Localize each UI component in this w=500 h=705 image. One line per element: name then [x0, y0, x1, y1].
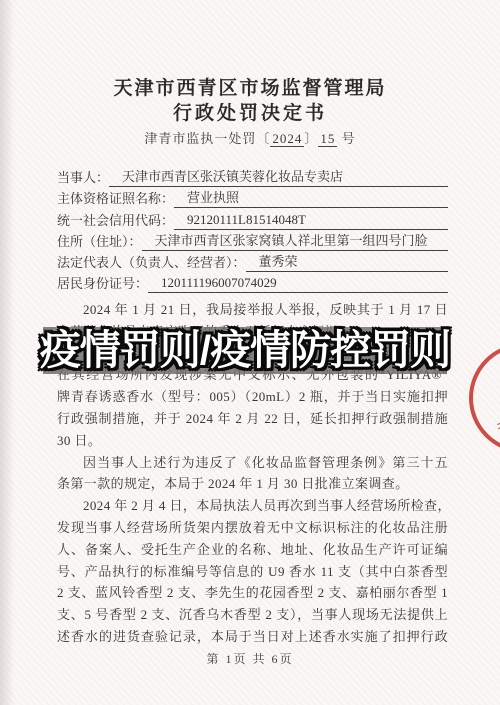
docnum-year: 2024 [270, 131, 304, 147]
body-line: 30 日。 [57, 430, 448, 452]
form-row-license-name: 主体资格证照名称： 营业执照 [57, 187, 448, 208]
watermark-text: 疫情罚则/疫情防控罚则 [36, 322, 454, 378]
body-line: 支、5 号香型 2 支、沉香乌木香型 2 支），当事人现场无法提供上 [57, 604, 448, 626]
body-line: 牌青春诱惑香水（型号：005）（20mL）2 瓶，并于当日实施扣押 [57, 386, 448, 408]
address-label: 住所（住址）： [57, 232, 142, 251]
body-line: 行政强制措施，并于 2024 年 2 月 22 日，延长扣押行政强制措施 [57, 408, 448, 430]
document-number: 津青市监执一处罚〔2024〕15 号 [0, 128, 500, 147]
license-name-label: 主体资格证照名称： [57, 189, 174, 208]
docnum-prefix: 津青市监执一处罚〔 [144, 131, 270, 146]
body-line: 因当事人上述行为违反了《化妆品监督管理条例》第三十五 [57, 452, 448, 474]
address-value: 天津市西青区张家窝镇人祥北里第一组四号门脸 [142, 231, 448, 251]
license-name-value: 营业执照 [174, 188, 448, 208]
body-line: 2 支、蓝风铃香型 2 支、李先生的花园香型 2 支、嘉柏丽尔香型 1 [57, 582, 448, 604]
id-number-value: 120111196007074029 [148, 273, 448, 293]
docnum-bracket: 〕 [304, 131, 318, 146]
docnum-serial: 15 [318, 131, 337, 147]
seal-text: 天津市西青区 [495, 350, 500, 438]
form-row-legal-rep: 法定代表人（负责人、经营者）： 董秀荣 [57, 251, 448, 272]
docnum-suffix: 号 [337, 131, 355, 146]
document-type-title: 行政处罚决定书 [0, 98, 500, 125]
svg-text:天津市西青区: 天津市西青区 [495, 350, 500, 438]
party-value: 天津市西青区张沃镇芙蓉化妆品专卖店 [109, 167, 448, 187]
official-seal-stamp: 天津市西青区 [428, 318, 500, 488]
seal-ring [471, 345, 500, 451]
legal-rep-label: 法定代表人（负责人、经营者）： [57, 253, 246, 272]
scanned-penalty-document: 天津市西青区市场监督管理局 行政处罚决定书 津青市监执一处罚〔2024〕15 号… [0, 0, 500, 705]
body-line: 述香水的进货查验记录，本局于当日对上述香水实施了扣押行政 [57, 626, 448, 648]
form-row-address: 住所（住址）： 天津市西青区张家窝镇人祥北里第一组四号门脸 [57, 230, 448, 251]
body-line: 条第一款的规定，本局于 2024 年 1 月 30 日批准立案调查。 [57, 473, 448, 495]
form-row-party: 当事人： 天津市西青区张沃镇芙蓉化妆品专卖店 [57, 166, 448, 187]
form-row-id-number: 居民身份证号： 120111196007074029 [57, 272, 448, 293]
body-line: 2024 年 2 月 4 日，本局执法人员再次到当事人经营场所检查， [57, 495, 448, 517]
page-number-footer: 第 1页 共 6页 [0, 650, 500, 667]
credit-code-value: 92120111L81514048T [174, 210, 448, 230]
body-line: 人、备案人、受托生产企业的名称、地址、化妆品生产许可证编 [57, 539, 448, 561]
body-line: 2024 年 1 月 21 日，我局接举报人举报，反映其于 1 月 17 日 [57, 299, 448, 321]
document-authority-title: 天津市西青区市场监督管理局 [0, 73, 500, 100]
form-row-credit-code: 统一社会信用代码： 92120111L81514048T [57, 208, 448, 229]
body-line: 发现当事人经营场所货架内摆放着无中文标识标注的化妆品注册 [57, 517, 448, 539]
id-number-label: 居民身份证号： [57, 274, 148, 293]
body-line: 号、产品执行的标准编号等信息的 U9 香水 11 支（其中白茶香型 [57, 561, 448, 583]
party-info-form: 当事人： 天津市西青区张沃镇芙蓉化妆品专卖店 主体资格证照名称： 营业执照 统一… [57, 166, 448, 293]
legal-rep-value: 董秀荣 [246, 252, 448, 272]
credit-code-label: 统一社会信用代码： [57, 211, 174, 230]
party-label: 当事人： [57, 168, 109, 187]
